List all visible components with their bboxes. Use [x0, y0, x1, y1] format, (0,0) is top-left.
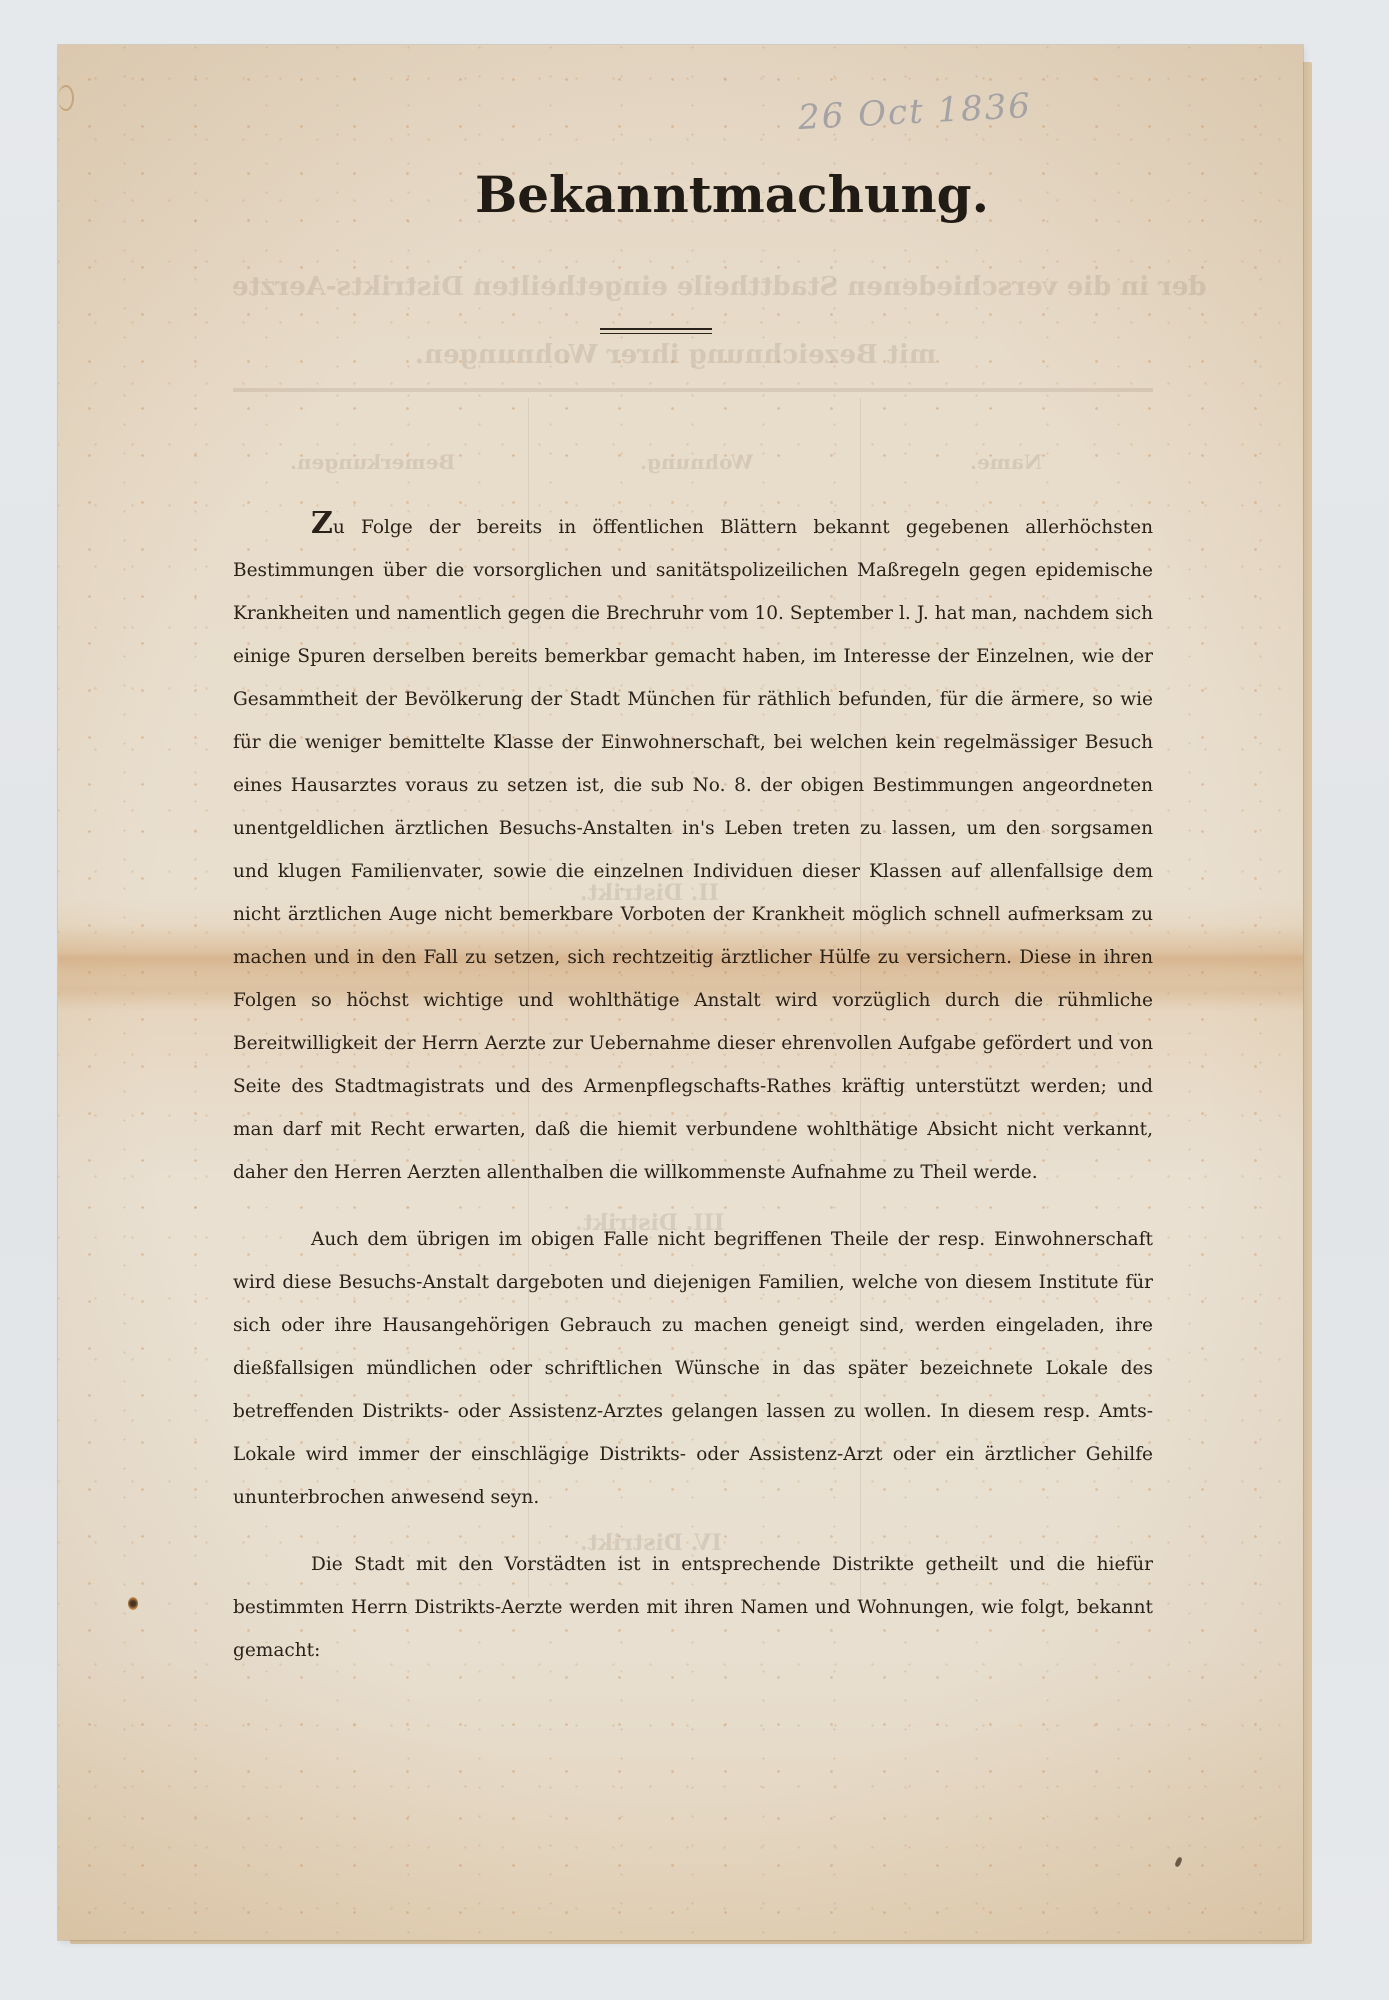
title-double-rule: [600, 328, 712, 334]
drop-cap: Z: [311, 506, 333, 541]
showthrough-col-bemerkungen: Bemerkungen.: [290, 450, 455, 474]
document-body: Zu Folge der bereits in öffentlichen Blä…: [233, 506, 1153, 1672]
showthrough-rule: [233, 388, 1153, 392]
showthrough-col-wohnung: Wohnung.: [640, 450, 753, 474]
paper-tear-mark: [58, 85, 74, 111]
ink-spot: [128, 1597, 138, 1610]
document-title: Bekanntmachung.: [0, 165, 1389, 224]
paragraph-3: Die Stadt mit den Vorstädten ist in ents…: [233, 1543, 1153, 1672]
paragraph-1-text: u Folge der bereits in öffentlichen Blät…: [233, 517, 1153, 1183]
paragraph-2: Auch dem übrigen im obigen Falle nicht b…: [233, 1218, 1153, 1519]
showthrough-line-1: der in die verschiedenen Stadttheile ein…: [232, 272, 1206, 302]
paragraph-1: Zu Folge der bereits in öffentlichen Blä…: [233, 506, 1153, 1194]
showthrough-col-name: Name.: [970, 450, 1042, 474]
showthrough-line-2: mit Bezeichnung ihrer Wohnungen.: [415, 340, 936, 370]
